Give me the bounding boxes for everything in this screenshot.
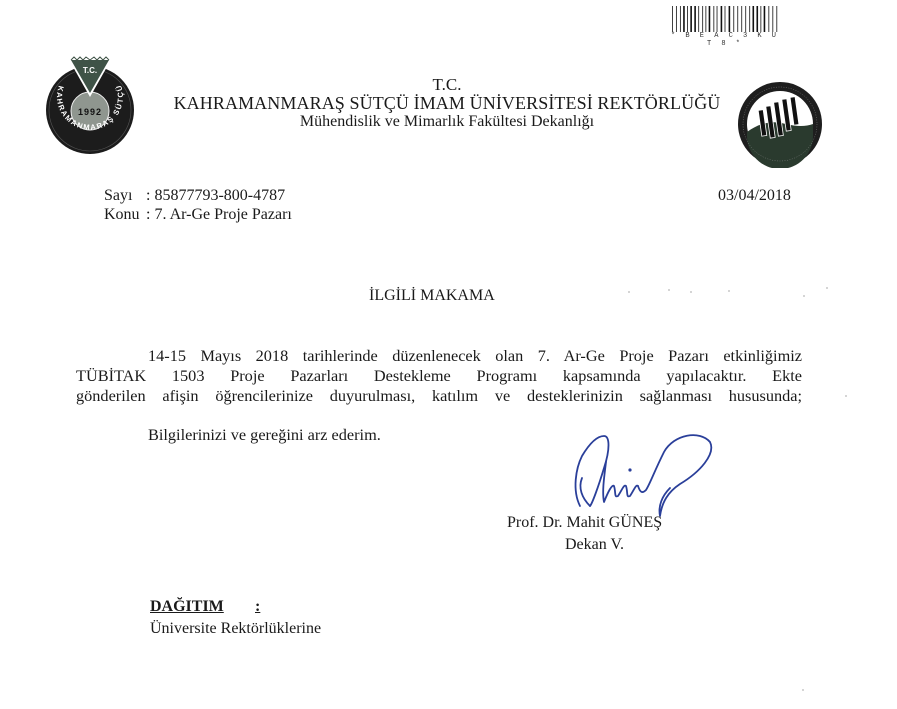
body-line-3: gönderilen afişin öğrencilerinize duyuru…	[76, 386, 802, 406]
reference-number: Sayı: 85877793-800-4787	[104, 187, 285, 205]
header-faculty: Mühendislik ve Mimarlık Fakültesi Dekanl…	[140, 113, 754, 131]
closing-line: Bilgilerinizi ve gereğini arz ederim.	[148, 425, 381, 445]
addressee: İLGİLİ MAKAMA	[369, 287, 495, 305]
signature-image	[568, 428, 718, 524]
scan-speck	[728, 290, 730, 292]
signatory-title: Dekan V.	[565, 536, 624, 554]
scan-speck	[668, 289, 670, 291]
scan-speck	[803, 295, 805, 297]
svg-text:T.C.: T.C.	[83, 66, 97, 75]
scan-speck	[690, 291, 692, 293]
subject-value: : 7. Ar-Ge Proje Pazarı	[146, 206, 292, 223]
body-line-1: 14-15 Mayıs 2018 tarihlerinde düzenlenec…	[76, 346, 802, 366]
scan-speck	[802, 689, 804, 691]
svg-text:1992: 1992	[78, 107, 102, 117]
letter-body: 14-15 Mayıs 2018 tarihlerinde düzenlenec…	[76, 346, 802, 406]
subject: Konu: 7. Ar-Ge Proje Pazarı	[104, 206, 292, 224]
reference-label: Sayı	[104, 187, 146, 205]
body-line-2: TÜBİTAK 1503 Proje Pazarları Destekleme …	[76, 366, 802, 386]
distribution-item: Üniversite Rektörlüklerine	[150, 620, 321, 638]
scan-speck	[628, 291, 630, 293]
signatory-name: Prof. Dr. Mahit GÜNEŞ	[507, 514, 662, 532]
university-seal-icon: T.C. 1992 KAHRAMANMARAŞ SÜTÇÜ İMAM ÜNİVE…	[38, 55, 142, 155]
distribution-label: DAĞITIM	[150, 598, 224, 616]
reference-value: : 85877793-800-4787	[146, 187, 285, 204]
distribution-colon: :	[255, 598, 260, 616]
scan-speck	[826, 287, 828, 289]
document-date: 03/04/2018	[718, 187, 791, 205]
header-tc: T.C.	[140, 75, 754, 95]
barcode	[672, 6, 778, 32]
scan-speck	[845, 395, 847, 397]
header-university: KAHRAMANMARAŞ SÜTÇÜ İMAM ÜNİVERSİTESİ RE…	[140, 93, 754, 114]
subject-label: Konu	[104, 206, 146, 224]
barcode-text: * B E A C 3 K U T 8 *	[668, 32, 782, 48]
